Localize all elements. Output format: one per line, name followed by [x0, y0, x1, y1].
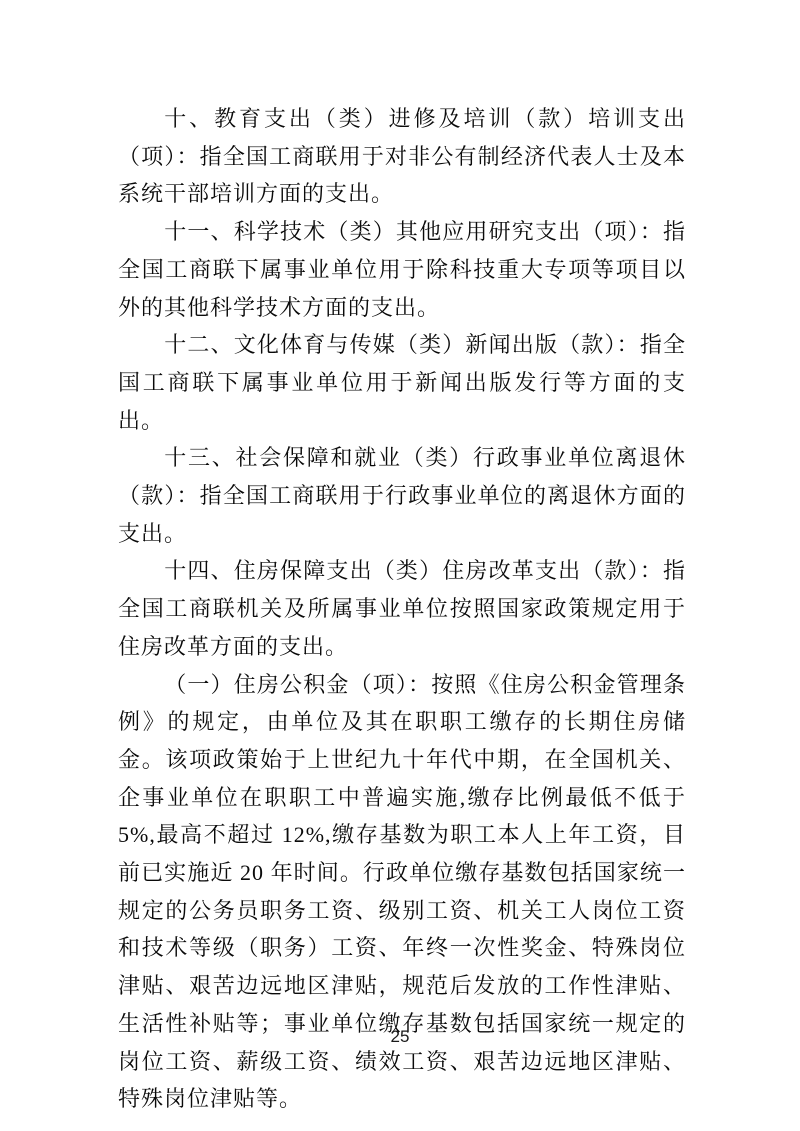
paragraph-science-technology-expense: 十一、科学技术（类）其他应用研究支出（项）：指全国工商联下属事业单位用于除科技重…: [118, 213, 686, 326]
paragraph-housing-security-expense: 十四、住房保障支出（类）住房改革支出（款）：指全国工商联机关及所属事业单位按照国…: [118, 552, 686, 665]
paragraph-housing-provident-fund: （一）住房公积金（项）：按照《住房公积金管理条例》的规定，由单位及其在职职工缴存…: [118, 666, 686, 1118]
paragraph-education-training-expense: 十、教育支出（类）进修及培训（款）培训支出（项）：指全国工商联用于对非公有制经济…: [118, 100, 686, 213]
document-body: 十、教育支出（类）进修及培训（款）培训支出（项）：指全国工商联用于对非公有制经济…: [118, 100, 686, 1118]
paragraph-culture-sports-media-expense: 十二、文化体育与传媒（类）新闻出版（款）：指全国工商联下属事业单位用于新闻出版发…: [118, 326, 686, 439]
paragraph-social-security-retirement-expense: 十三、社会保障和就业（类）行政事业单位离退休（款）：指全国工商联用于行政事业单位…: [118, 439, 686, 552]
page-number: 25: [0, 1027, 800, 1047]
document-page: 十、教育支出（类）进修及培训（款）培训支出（项）：指全国工商联用于对非公有制经济…: [0, 0, 800, 1131]
